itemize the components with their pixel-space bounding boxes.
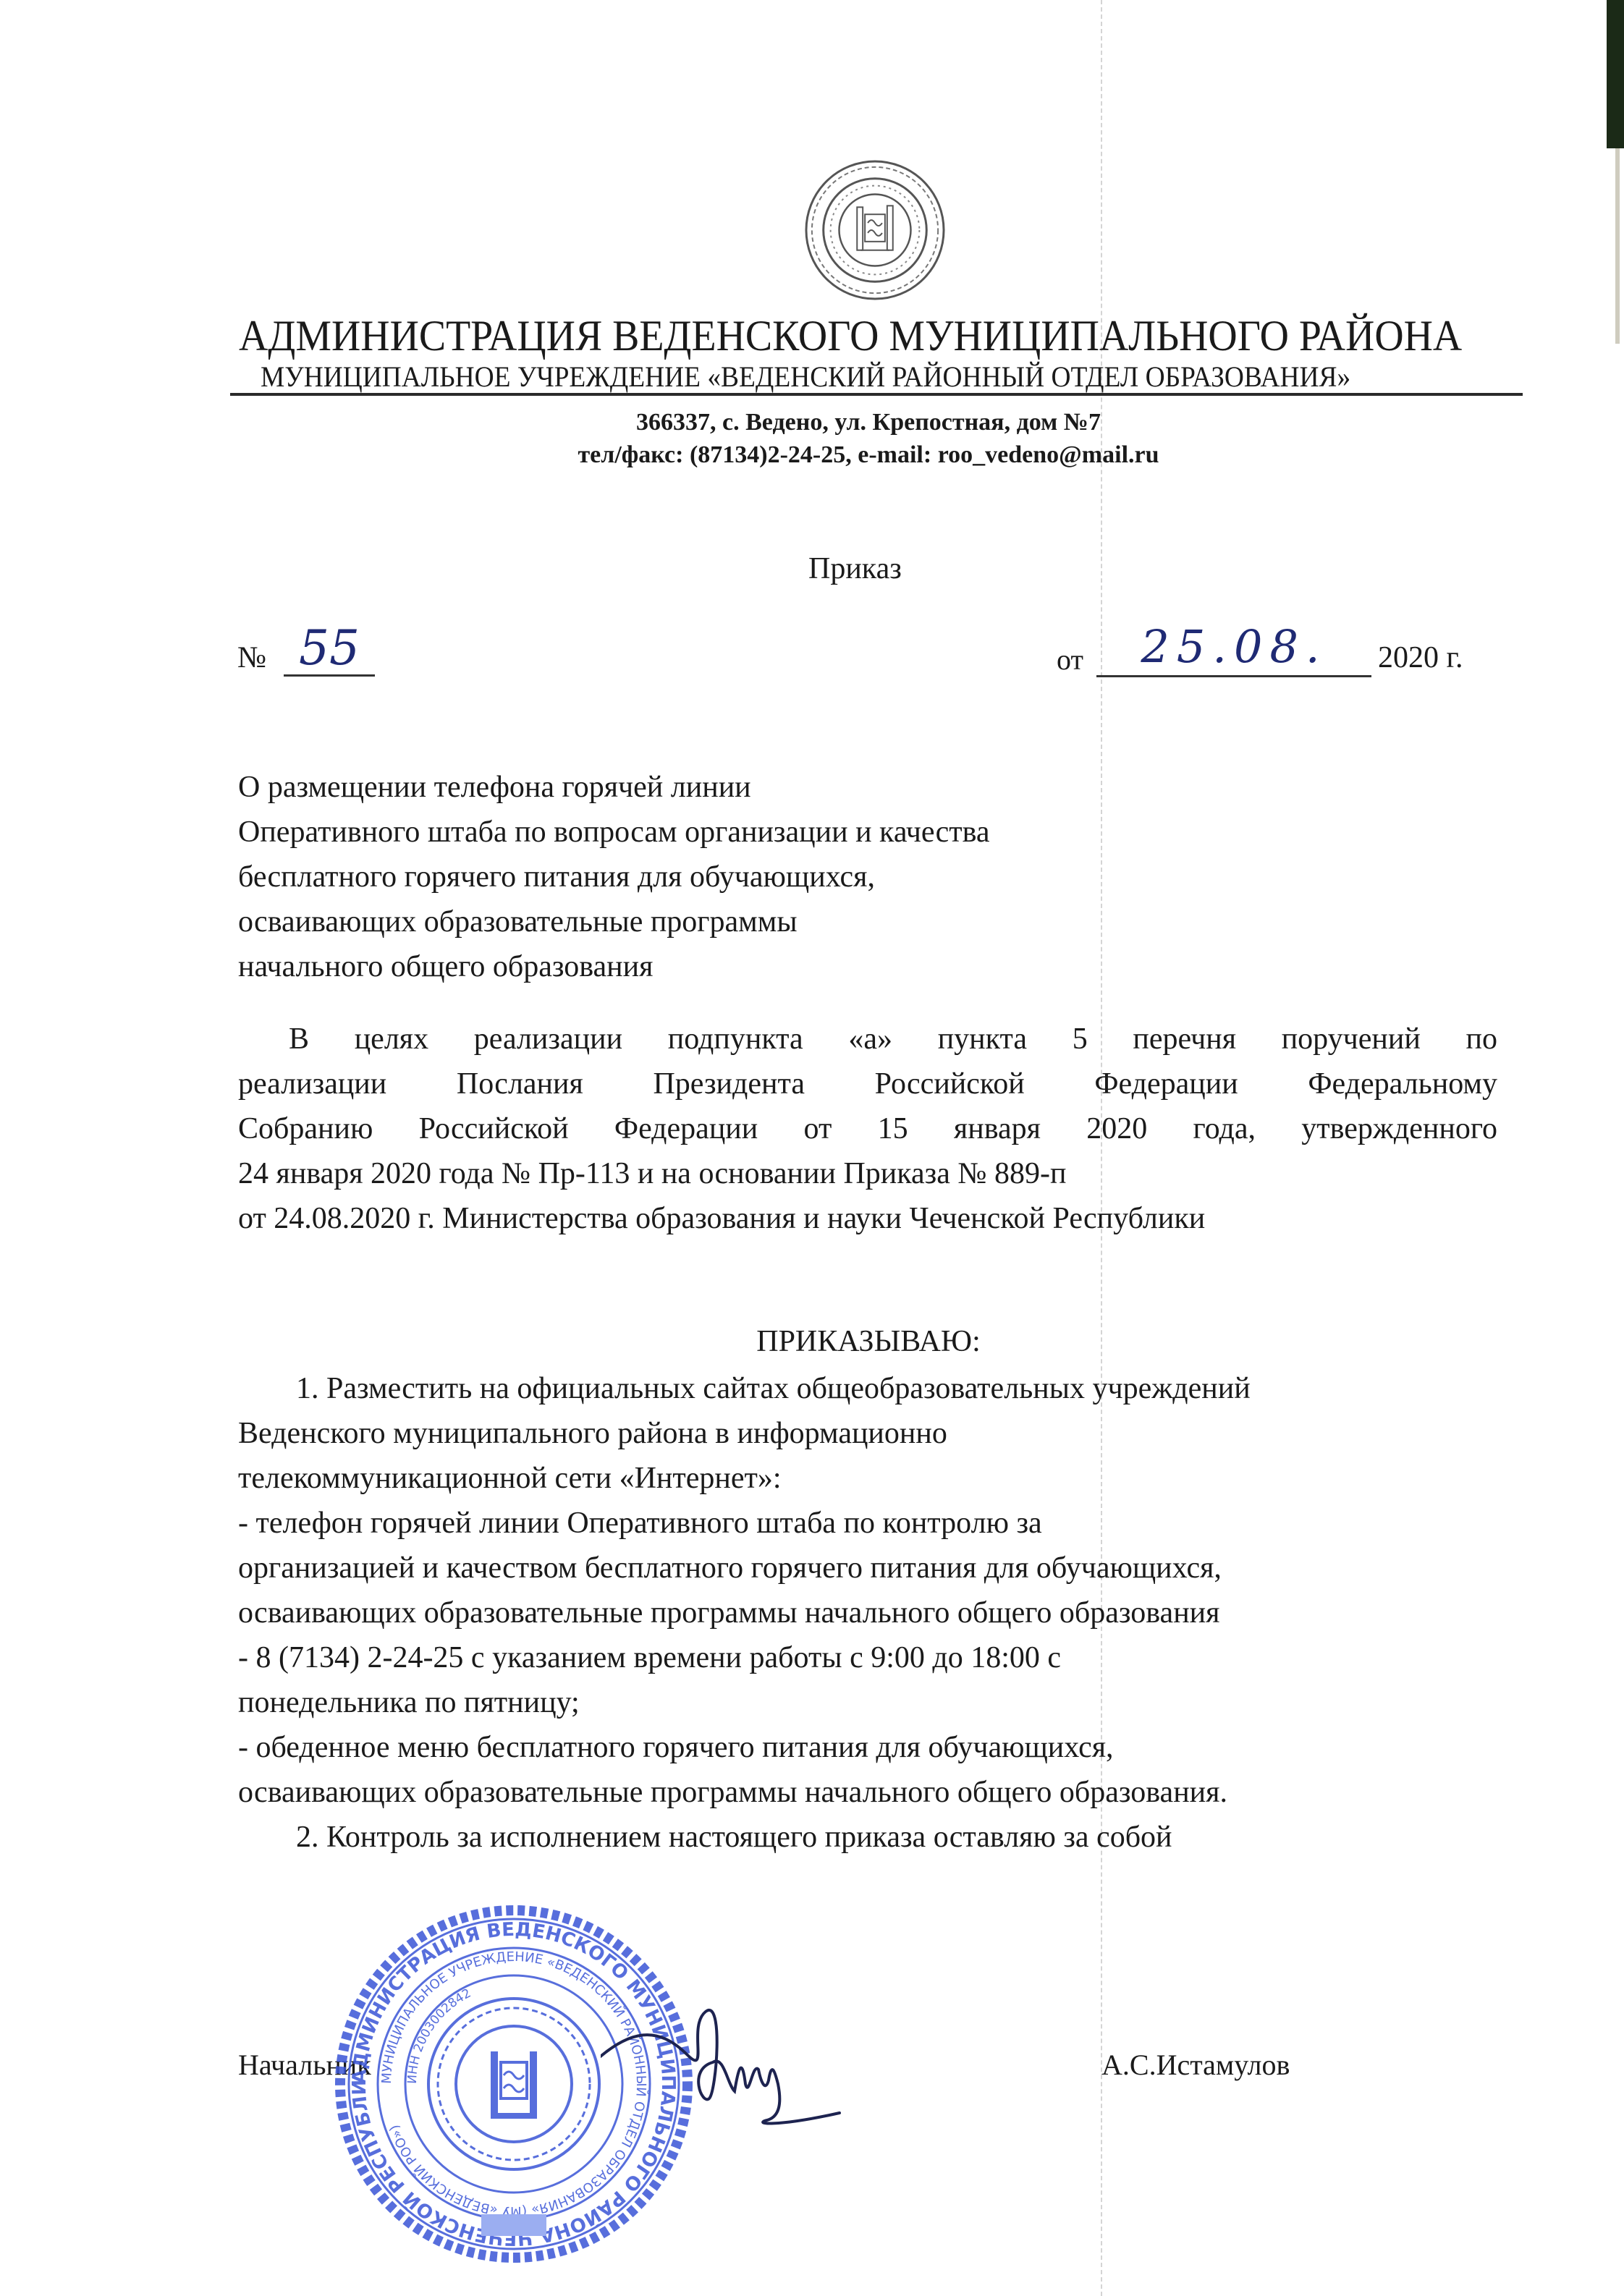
subject-line: начального общего образования [238,944,1251,989]
order-item-line: осваивающих образовательные программы на… [238,1770,1512,1815]
preamble-line: от 24.08.2020 г. Министерства образовани… [238,1196,1497,1241]
order-item-line: понедельника по пятницу; [238,1680,1512,1725]
order-item-line: Веденского муниципального района в инфор… [238,1411,1512,1456]
order-number: 55 [284,622,375,677]
preamble-line: 24 января 2020 года № Пр-113 и на основа… [238,1151,1497,1196]
preamble-line: В целях реализации подпункта «а» пункта … [238,1017,1497,1062]
order-item-line: 2. Контроль за исполнением настоящего пр… [238,1815,1512,1860]
order-item-line: - телефон горячей линии Оперативного шта… [238,1501,1512,1546]
preamble-line: реализации Послания Президента Российско… [238,1062,1497,1106]
order-item-line: организацией и качеством бесплатного гор… [238,1546,1512,1590]
scan-edge-light [1615,148,1620,344]
order-subject: О размещении телефона горячей линии Опер… [238,765,1251,989]
order-date: 25.08. [1096,619,1371,677]
date-label: от [1057,643,1083,677]
subject-line: Оперативного штаба по вопросам организац… [238,810,1251,855]
signatory-name: А.С.Истамулов [1101,2048,1290,2082]
address: 366337, с. Ведено, ул. Крепостная, дом №… [217,409,1520,436]
order-items: 1. Разместить на официальных сайтах обще… [238,1366,1512,1860]
order-item-line: - обеденное меню бесплатного горячего пи… [238,1725,1512,1770]
order-item-line: - 8 (7134) 2-24-25 с указанием времени р… [238,1635,1512,1680]
order-item-line: осваивающих образовательные программы на… [238,1590,1512,1635]
chechen-republic-emblem-icon [803,158,947,302]
institution-title: МУНИЦИПАЛЬНОЕ УЧРЕЖДЕНИЕ «ВЕДЕНСКИЙ РАЙО… [261,360,1411,394]
scan-edge-dark [1607,0,1624,148]
document-type: Приказ [808,551,902,586]
handwritten-signature-icon [601,1983,876,2127]
number-label: № [237,640,266,675]
order-year: 2020 г. [1378,640,1463,675]
preamble: В целях реализации подпункта «а» пункта … [238,1017,1497,1241]
order-heading: ПРИКАЗЫВАЮ: [217,1324,1520,1359]
subject-line: бесплатного горячего питания для обучающ… [238,855,1251,899]
header-divider [230,393,1523,396]
preamble-line: Собранию Российской Федерации от 15 янва… [238,1106,1497,1151]
order-item-line: телекоммуникационной сети «Интернет»: [238,1456,1512,1501]
contacts: тел/факс: (87134)2-24-25, e-mail: roo_ve… [217,441,1520,469]
organization-title: АДМИНИСТРАЦИЯ ВЕДЕНСКОГО МУНИЦИПАЛЬНОГО … [239,311,1316,361]
subject-line: О размещении телефона горячей линии [238,765,1251,810]
order-item-line: 1. Разместить на официальных сайтах обще… [238,1366,1512,1411]
subject-line: осваивающих образовательные программы [238,899,1251,944]
